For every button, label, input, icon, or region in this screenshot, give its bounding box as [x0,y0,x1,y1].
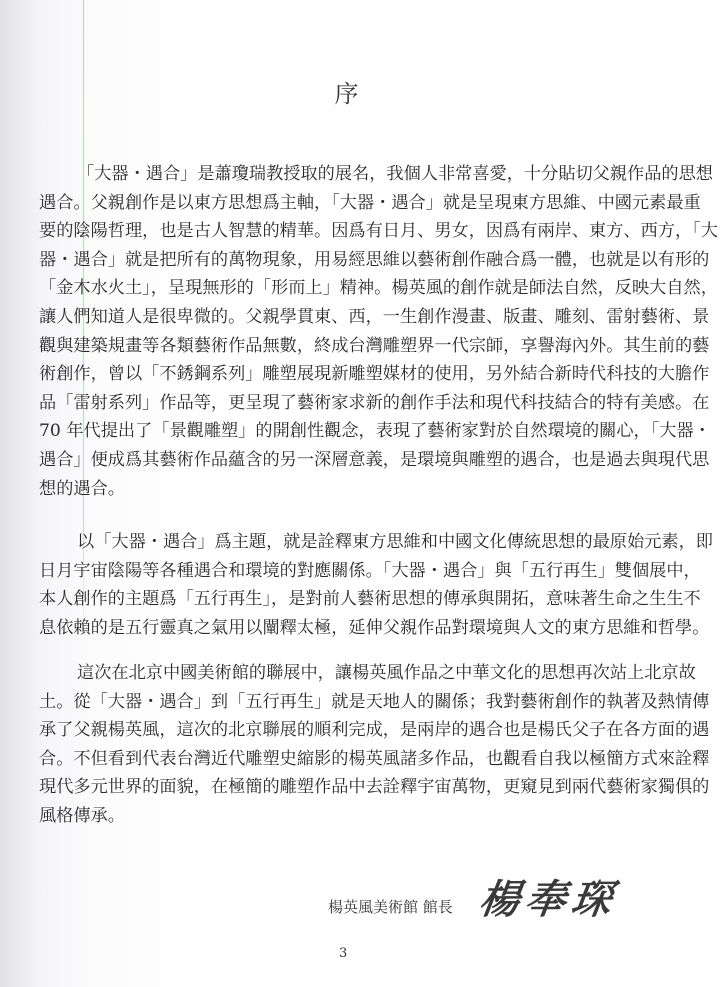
text-line: 合。不但看到代表台灣近代雕塑史縮影的楊英風諸多作品，也觀看自我以極簡方式來詮釋 [39,745,656,774]
text-line: 70 年代提出了「景觀雕塑」的開創性觀念，表現了藝術家對於自然環境的關心，「大器… [39,417,656,446]
text-line: 本人創作的主題爲「五行再生」，是對前人藝術思想的傳承與開拓，意味著生命之生生不 [39,585,656,614]
text-line: 「金木水火土」，呈現無形的「形而上」精神。楊英風的創作就是師法自然，反映大自然， [39,274,656,303]
text-line: 承了父親楊英風，這次的北京聯展的順利完成，是兩岸的遇合也是楊氏父子在各方面的遇 [39,716,656,745]
text-line: 遇合」便成爲其藝術作品蘊含的另一深層意義，是環境與雕塑的遇合，也是過去與現代思 [39,446,656,475]
text-line: 「大器・遇合」是蕭瓊瑞教授取的展名，我個人非常喜愛，十分貼切父親作品的思想 [39,160,656,189]
text-line: 以「大器・遇合」爲主題，就是詮釋東方思維和中國文化傳統思想的最原始元素，即 [39,528,656,557]
text-line: 術創作，曾以「不銹鋼系列」雕塑展現新雕塑媒材的使用，另外結合新時代科技的大膽作 [39,360,656,389]
page-title: 序 [0,80,693,108]
paragraph-1: 「大器・遇合」是蕭瓊瑞教授取的展名，我個人非常喜愛，十分貼切父親作品的思想 遇合… [39,160,656,503]
text-line: 遇合。父親創作是以東方思想爲主軸，「大器・遇合」就是呈現東方思維、中國元素最重 [39,189,656,218]
text-line: 品「雷射系列」作品等，更呈現了藝術家求新的創作手法和現代科技結合的特有美感。在 [39,389,656,418]
document-page: 序 「大器・遇合」是蕭瓊瑞教授取的展名，我個人非常喜愛，十分貼切父親作品的思想 … [0,0,723,987]
handwritten-signature: 楊奉琛 [476,868,622,925]
text-line: 器・遇合」就是把所有的萬物現象，用易經思維以藝術創作融合爲一體，也就是以有形的 [39,246,656,275]
text-line: 息依賴的是五行靈真之氣用以闡釋太極，延伸父親作品對環境與人文的東方思維和哲學。 [39,614,656,643]
text-line: 土。從「大器・遇合」到「五行再生」就是天地人的關係；我對藝術創作的執著及熱情傳 [39,688,656,717]
text-line: 要的陰陽哲理，也是古人智慧的精華。因爲有日月、男女，因爲有兩岸、東方、西方，「大 [39,217,656,246]
paragraph-3: 這次在北京中國美術館的聯展中，讓楊英風作品之中華文化的思想再次站上北京故 土。從… [39,659,656,831]
signoff-affiliation: 楊英風美術館 館長 [328,896,453,917]
text-line: 觀與建築規畫等各類藝術作品無數，終成台灣雕塑界一代宗師，享譽海內外。其生前的藝 [39,332,656,361]
page-number: 3 [339,946,347,961]
text-line: 日月宇宙陰陽等各種遇合和環境的對應關係。「大器・遇合」與「五行再生」雙個展中， [39,557,656,586]
text-line: 現代多元世界的面貌，在極簡的雕塑作品中去詮釋宇宙萬物，更窺見到兩代藝術家獨俱的 [39,773,656,802]
text-line: 想的遇合。 [39,475,656,504]
text-line: 這次在北京中國美術館的聯展中，讓楊英風作品之中華文化的思想再次站上北京故 [39,659,656,688]
paragraph-2: 以「大器・遇合」爲主題，就是詮釋東方思維和中國文化傳統思想的最原始元素，即 日月… [39,528,656,642]
text-line: 風格傳承。 [39,802,656,831]
text-line: 讓人們知道人是很卑微的。父親學貫東、西，一生創作漫畫、版畫、雕刻、雷射藝術、景 [39,303,656,332]
